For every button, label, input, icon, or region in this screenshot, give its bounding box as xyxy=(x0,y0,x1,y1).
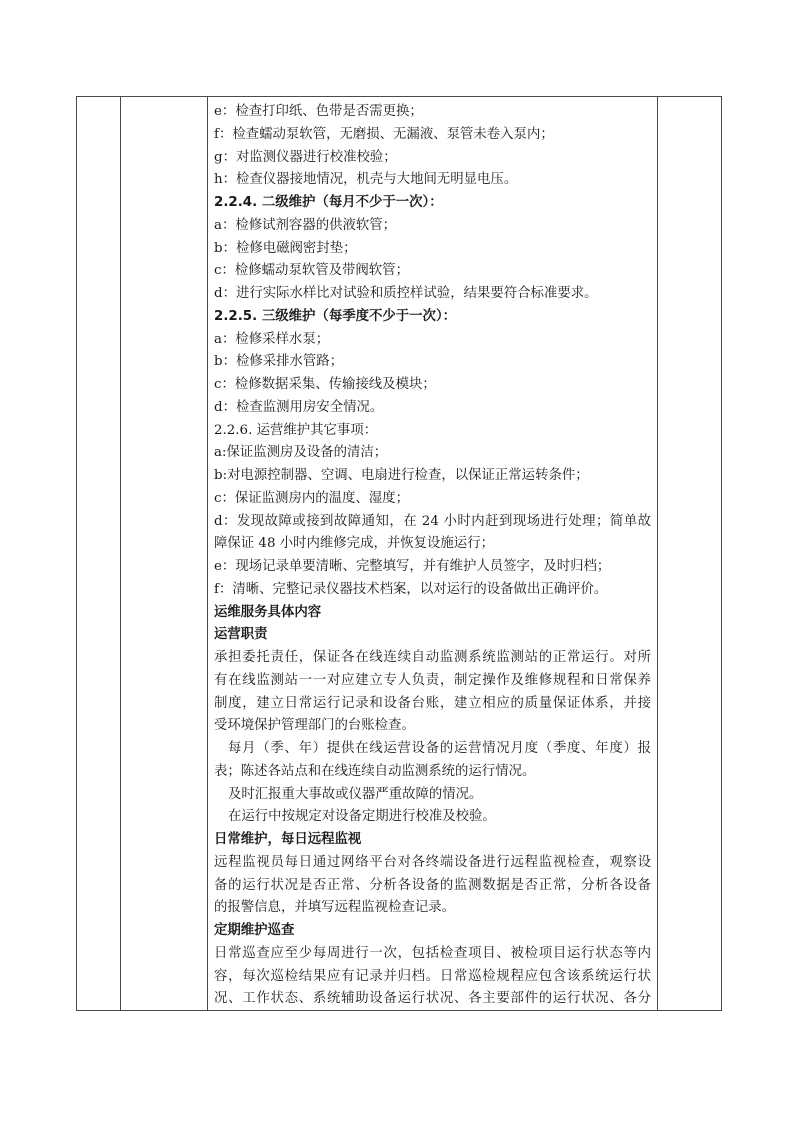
paragraph-line: 容，每次巡检结果应有记录并归档。日常巡检规程应包含该系统运行状 xyxy=(214,966,651,989)
section-heading: 运营职责 xyxy=(214,624,651,647)
section-heading: 2.2.6. 运营维护其它事项： xyxy=(214,420,651,443)
text-line: d：发现故障或接到故障通知，在 24 小时内赶到现场进行处理；简单故 xyxy=(214,511,651,534)
text-line: f：清晰、完整记录仪器技术档案，以对运行的设备做出正确评价。 xyxy=(214,579,651,602)
text-line: c：检修数据采集、传输接线及模块； xyxy=(214,374,651,397)
paragraph-line: 承担委托责任，保证各在线连续自动监测系统监测站的正常运行。对所 xyxy=(214,647,651,670)
text-line: d：进行实际水样比对试验和质控样试验，结果要符合标准要求。 xyxy=(214,283,651,306)
section-heading: 2.2.4. 二级维护（每月不少于一次）： xyxy=(214,192,651,215)
section-heading: 2.2.5. 三级维护（每季度不少于一次）： xyxy=(214,306,651,329)
paragraph-line: 在运行中按规定对设备定期进行校准及校验。 xyxy=(214,806,651,829)
column-divider-3 xyxy=(657,97,658,1010)
paragraph-line: 况、工作状态、系统辅助设备运行状况、各主要部件的运行状况、各分 xyxy=(214,988,651,1011)
paragraph-line: 每月（季、年）提供在线运营设备的运营情况月度（季度、年度）报 xyxy=(214,738,651,761)
document-table: e：检查打印纸、色带是否需更换； f：检查蠕动泵软管，无磨损、无漏液、泵管未卷入… xyxy=(76,96,722,1011)
text-line: a：检修试剂容器的供液软管； xyxy=(214,215,651,238)
paragraph-line: 表；陈述各站点和在线连续自动监测系统的运行情况。 xyxy=(214,761,651,784)
text-line: a:保证监测房及设备的清洁； xyxy=(214,442,651,465)
paragraph-line: 备的运行状况是否正常、分析各设备的监测数据是否正常，分析各设备 xyxy=(214,875,651,898)
text-line: e：检查打印纸、色带是否需更换； xyxy=(214,101,651,124)
content-cell: e：检查打印纸、色带是否需更换； f：检查蠕动泵软管，无磨损、无漏液、泵管未卷入… xyxy=(214,101,651,1011)
text-line: b:对电源控制器、空调、电扇进行检查，以保证正常运转条件； xyxy=(214,465,651,488)
paragraph-line: 受环境保护管理部门的台账检查。 xyxy=(214,715,651,738)
text-line: d：检查监测用房安全情况。 xyxy=(214,397,651,420)
text-line: e：现场记录单要清晰、完整填写，并有维护人员签字，及时归档； xyxy=(214,556,651,579)
paragraph-line: 日常巡查应至少每周进行一次，包括检查项目、被检项目运行状态等内 xyxy=(214,943,651,966)
text-line: a：检修采样水泵； xyxy=(214,329,651,352)
text-line: b：检修电磁阀密封垫； xyxy=(214,238,651,261)
column-divider-1 xyxy=(120,97,121,1010)
text-line: h：检查仪器接地情况，机壳与大地间无明显电压。 xyxy=(214,169,651,192)
column-divider-2 xyxy=(207,97,208,1010)
text-line: f：检查蠕动泵软管，无磨损、无漏液、泵管未卷入泵内； xyxy=(214,124,651,147)
text-line: c：检修蠕动泵软管及带阀软管； xyxy=(214,260,651,283)
text-line: g：对监测仪器进行校准校验； xyxy=(214,147,651,170)
text-line: 障保证 48 小时内维修完成，并恢复设施运行； xyxy=(214,533,651,556)
section-heading: 日常维护，每日远程监视 xyxy=(214,829,651,852)
paragraph-line: 远程监视员每日通过网络平台对各终端设备进行远程监视检查，观察设 xyxy=(214,852,651,875)
paragraph-line: 及时汇报重大事故或仪器严重故障的情况。 xyxy=(214,784,651,807)
paragraph-line: 的报警信息，并填写远程监视检查记录。 xyxy=(214,897,651,920)
section-heading: 运维服务具体内容 xyxy=(214,602,651,625)
text-line: c：保证监测房内的温度、湿度； xyxy=(214,488,651,511)
section-heading: 定期维护巡查 xyxy=(214,920,651,943)
paragraph-line: 有在线监测站一一对应建立专人负责，制定操作及维修规程和日常保养 xyxy=(214,670,651,693)
paragraph-line: 制度，建立日常运行记录和设备台账，建立相应的质量保证体系，并接 xyxy=(214,693,651,716)
text-line: b：检修采排水管路； xyxy=(214,351,651,374)
